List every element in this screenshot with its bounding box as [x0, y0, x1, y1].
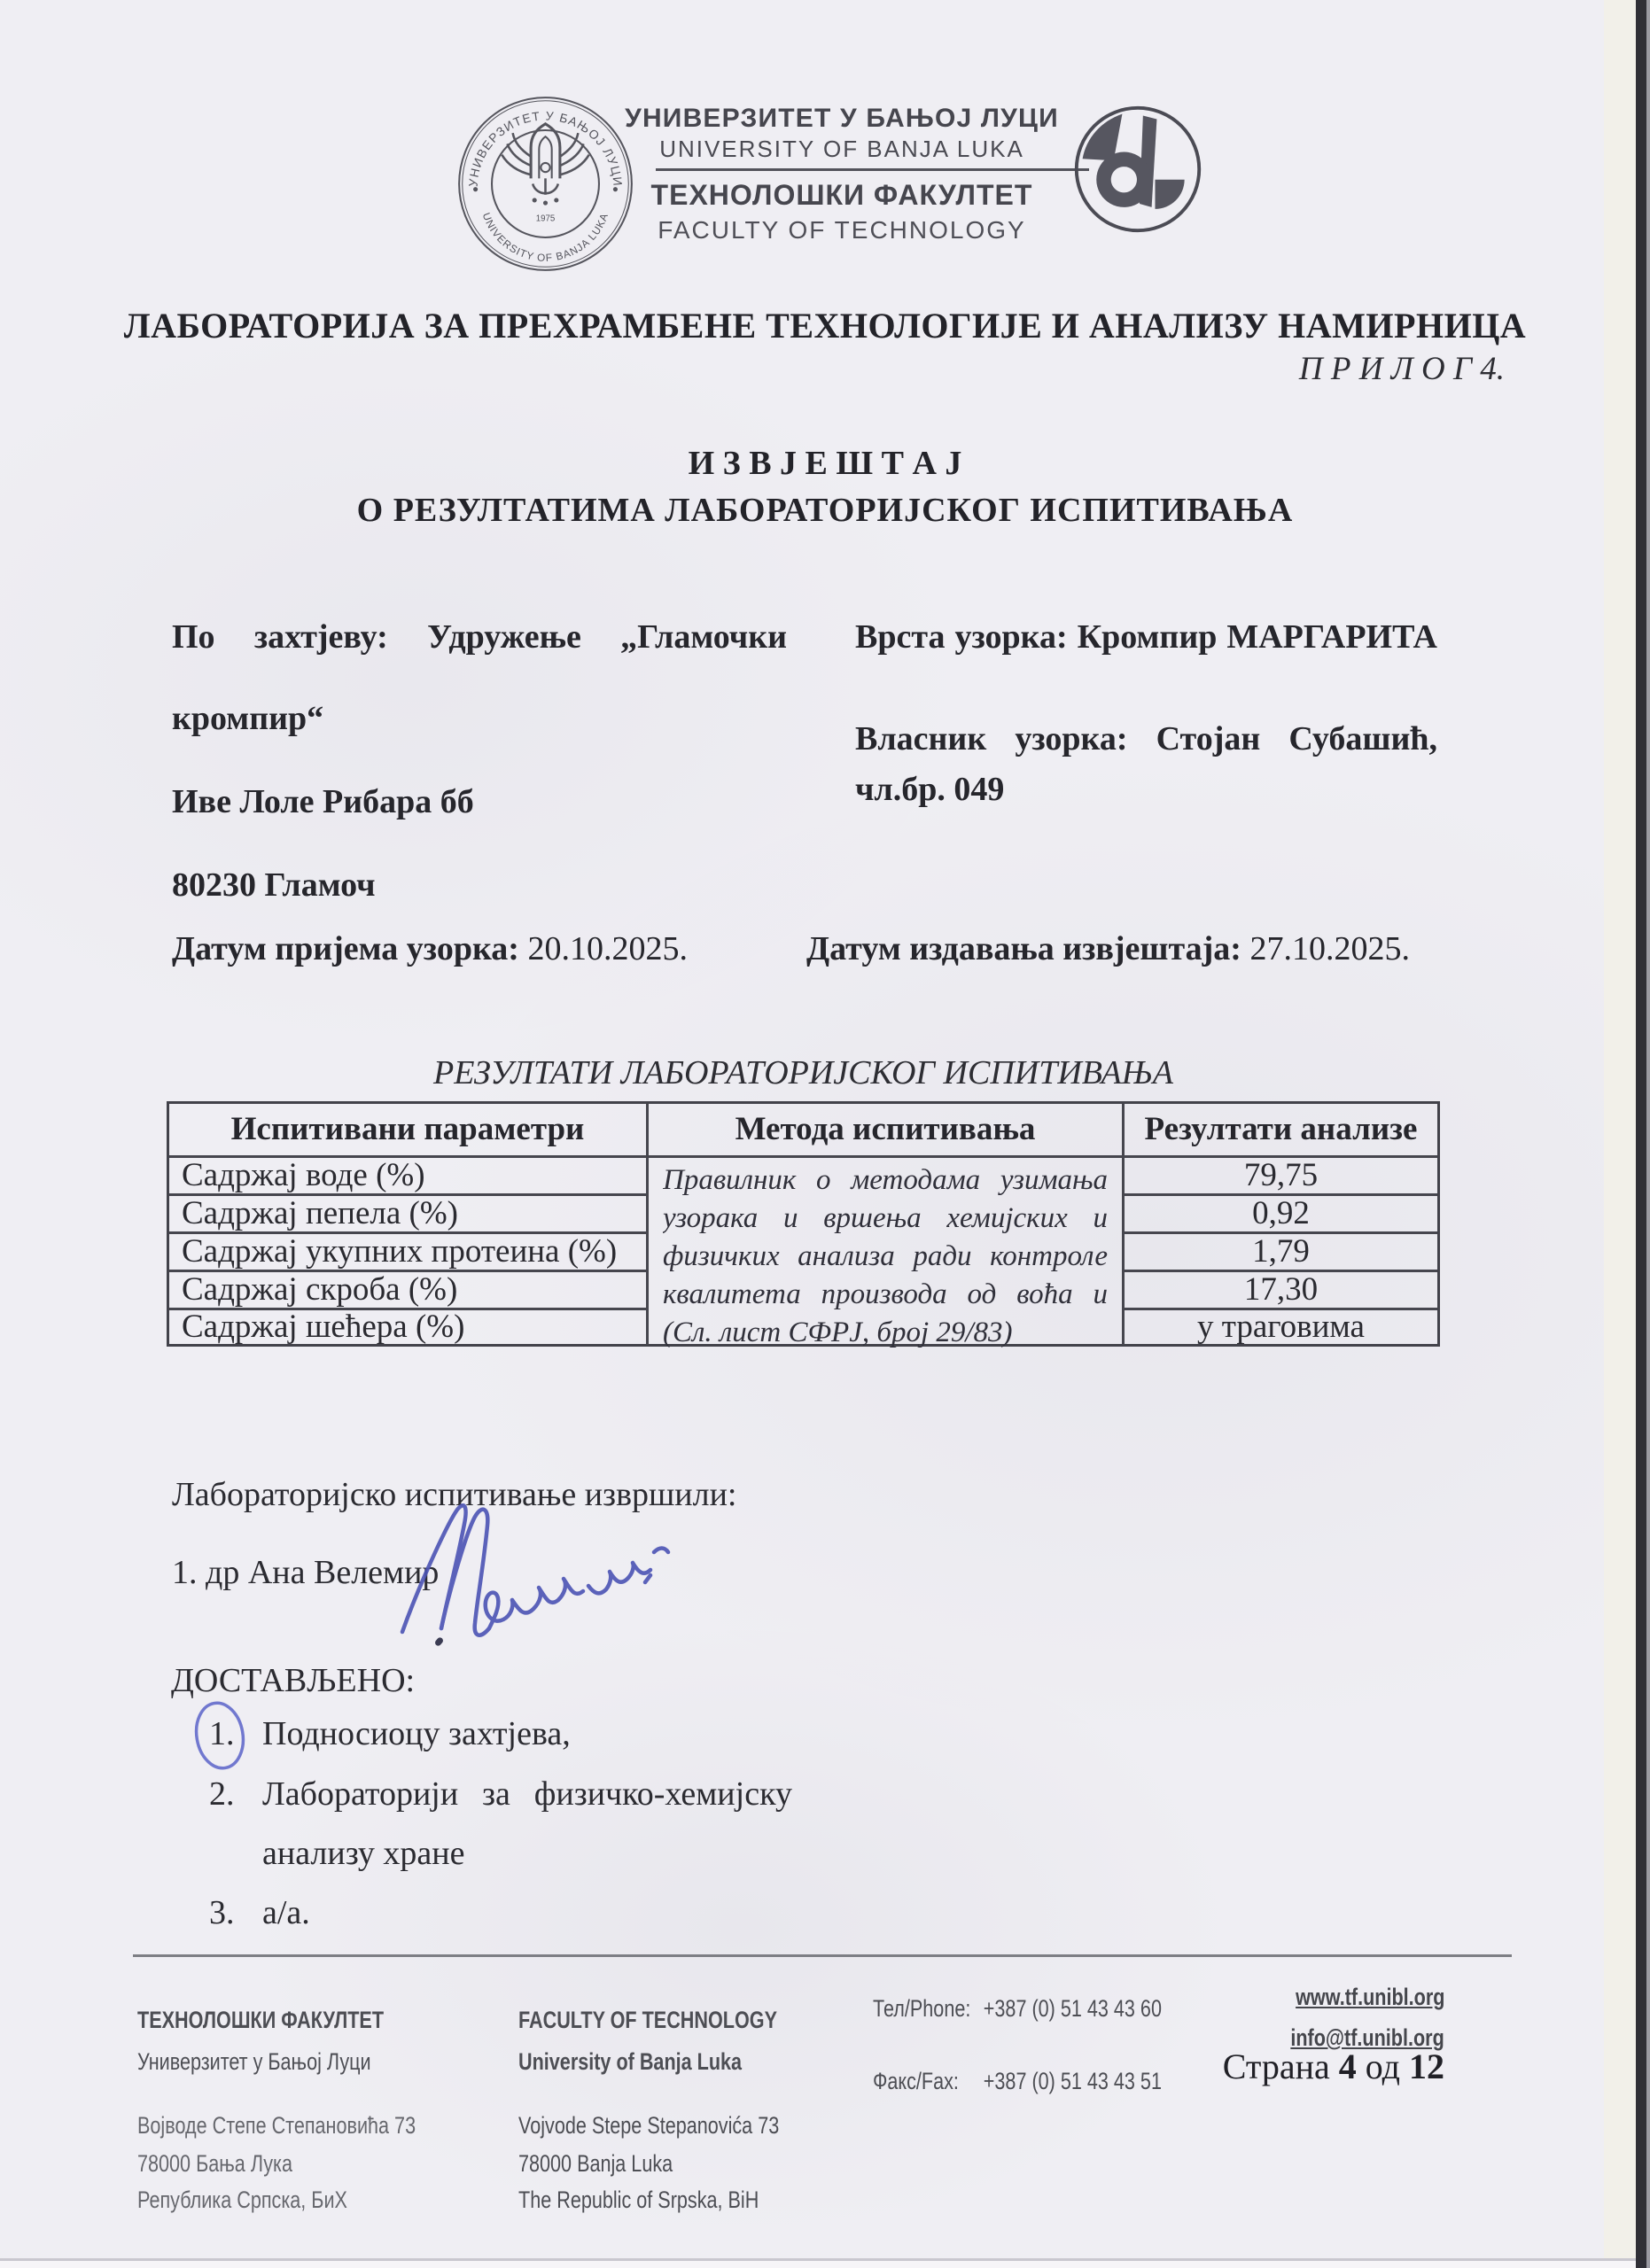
request-by-line1: По захтјеву: Удружење „Гламочки: [172, 620, 787, 656]
footer-street-cyr: Војводе Степе Степановића 73: [137, 2113, 416, 2138]
table-row-parameter: Садржај укупних протеина (%): [169, 1234, 649, 1272]
method-line: Правилник о методама узимања: [663, 1161, 1108, 1200]
sample-type: Врста узорка: Кромпир МАРГАРИТА: [855, 620, 1437, 656]
distribution-title: ДОСТАВЉЕНО:: [171, 1664, 415, 1699]
scan-edge-bottom: [0, 2261, 1636, 2268]
distribution-item2-line1: Лабораторији за физичко-хемијску: [262, 1777, 792, 1813]
table-row-parameter: Садржај воде (%): [169, 1158, 649, 1196]
report-subtitle: О РЕЗУЛТАТИМА ЛАБОРАТОРИЈСКОГ ИСПИТИВАЊА: [75, 493, 1575, 529]
lab-title: ЛАБОРАТОРИЈА ЗА ПРЕХРАМБЕНЕ ТЕХНОЛОГИЈЕ …: [75, 307, 1575, 345]
request-address2: 80230 Гламоч: [172, 868, 376, 904]
header-faculty-name-cyr: ТЕХНОЛОШКИ ФАКУЛТЕТ: [576, 181, 1108, 211]
table-row-result: 1,79: [1125, 1234, 1437, 1272]
date-received-value: 20.10.2025.: [519, 930, 688, 967]
table-method-cell: Правилник о методама узимања узорака и в…: [649, 1158, 1125, 1345]
method-line: (Сл. лист СФРЈ, број 29/83): [663, 1314, 1108, 1352]
date-issued-label: Датум издавања извјештаја:: [806, 930, 1241, 967]
column-header-method: Метода испитивања: [649, 1104, 1125, 1158]
method-line: квалитета производа од воћа и поврћа: [663, 1276, 1108, 1314]
table-row-parameter: Садржај шећера (%): [169, 1310, 649, 1345]
distribution-item3-text: а/а.: [262, 1896, 310, 1931]
annex-label: П Р И Л О Г 4.: [886, 353, 1505, 387]
footer-city-lat: 78000 Banja Luka: [518, 2151, 673, 2176]
footer-country-cyr: Република Српска, БиХ: [137, 2187, 347, 2212]
column-header-results: Резултати анализе: [1125, 1104, 1437, 1158]
footer-street-lat: Vojvode Stepe Stepanovića 73: [518, 2113, 779, 2138]
page-word: Страна: [1223, 2047, 1339, 2086]
distribution-item2-number: 2.: [209, 1777, 235, 1813]
scan-edge-cream: [1604, 0, 1636, 2268]
column-header-parameters: Испитивани параметри: [169, 1104, 649, 1158]
footer-university-cyr: Универзитет у Бањој Луци: [137, 2049, 371, 2074]
date-issued: Датум издавања извјештаја: 27.10.2025.: [806, 932, 1410, 967]
footer-city-cyr: 78000 Бања Лука: [137, 2151, 292, 2176]
seal-year: 1975: [536, 214, 556, 224]
table-row-result: 17,30: [1125, 1272, 1437, 1310]
scan-edge-gray: [1646, 0, 1650, 2268]
header-university-name-cyr: УНИВЕРЗИТЕТ У БАЊОЈ ЛУЦИ: [576, 105, 1108, 133]
request-address1: Иве Лоле Рибара бб: [172, 785, 474, 820]
fax-label: Факс/Fax:: [873, 2069, 984, 2093]
website-link: www.tf.unibl.org: [1296, 1984, 1444, 2009]
distribution-item1-text: Подносиоцу захтјева,: [262, 1717, 571, 1752]
footer-faculty-cyr: ТЕХНОЛОШКИ ФАКУЛТЕТ: [137, 2008, 384, 2032]
sample-owner-line1: Власник узорка: Стојан Субашић,: [855, 722, 1437, 757]
header-divider-line: [656, 168, 1089, 171]
date-received-label: Датум пријема узорка:: [172, 930, 519, 967]
footer-divider-line: [133, 1954, 1512, 1957]
table-row-result: 0,92: [1125, 1196, 1437, 1234]
header-faculty-name-lat: FACULTY OF TECHNOLOGY: [576, 217, 1108, 243]
request-by-line2: кромпир“: [172, 702, 323, 737]
footer-university-lat: University of Banja Luka: [518, 2049, 742, 2074]
distribution-item3-number: 3.: [209, 1896, 235, 1931]
report-title: И З В Ј Е Ш Т А Ј: [75, 447, 1575, 482]
results-section-title: РЕЗУЛТАТИ ЛАБОРАТОРИЈСКОГ ИСПИТИВАЊА: [167, 1056, 1440, 1091]
phone-label: Тел/Phone:: [873, 1996, 984, 2021]
distribution-item2-line2: анализу хране: [262, 1837, 464, 1872]
date-received: Датум пријема узорка: 20.10.2025.: [172, 932, 688, 967]
scan-edge-dark: [1636, 0, 1646, 2268]
distribution-item1-number: 1.: [209, 1717, 235, 1752]
method-line: узорака и вршења хемијских и: [663, 1200, 1108, 1238]
table-row-parameter: Садржај скроба (%): [169, 1272, 649, 1310]
scanned-report-page: УНИВЕРЗИТЕТ У БАЊОЈ ЛУЦИ UNIVERSITY OF B…: [0, 0, 1650, 2268]
header-university-name-lat: UNIVERSITY OF BANJA LUKA: [576, 137, 1108, 161]
sample-owner-line2: чл.бр. 049: [855, 773, 1004, 808]
table-row-result: у траговима: [1125, 1310, 1437, 1345]
table-row-result: 79,75: [1125, 1158, 1437, 1196]
page-total: 12: [1409, 2047, 1444, 2086]
signature: [390, 1497, 673, 1648]
results-table: Испитивани параметри Метода испитивања Р…: [167, 1101, 1440, 1347]
page-number: Страна 4 од 12: [1134, 2048, 1444, 2085]
table-row-parameter: Садржај пепела (%): [169, 1196, 649, 1234]
date-issued-value: 27.10.2025.: [1241, 930, 1410, 967]
page-of-word: од: [1357, 2047, 1409, 2086]
page-current: 4: [1339, 2047, 1357, 2086]
footer-country-lat: The Republic of Srpska, BiH: [518, 2187, 759, 2212]
tf-logo-icon: [1069, 100, 1207, 238]
footer-faculty-lat: FACULTY OF TECHNOLOGY: [518, 2008, 777, 2032]
method-line: физичких анализа ради контроле: [663, 1238, 1108, 1276]
